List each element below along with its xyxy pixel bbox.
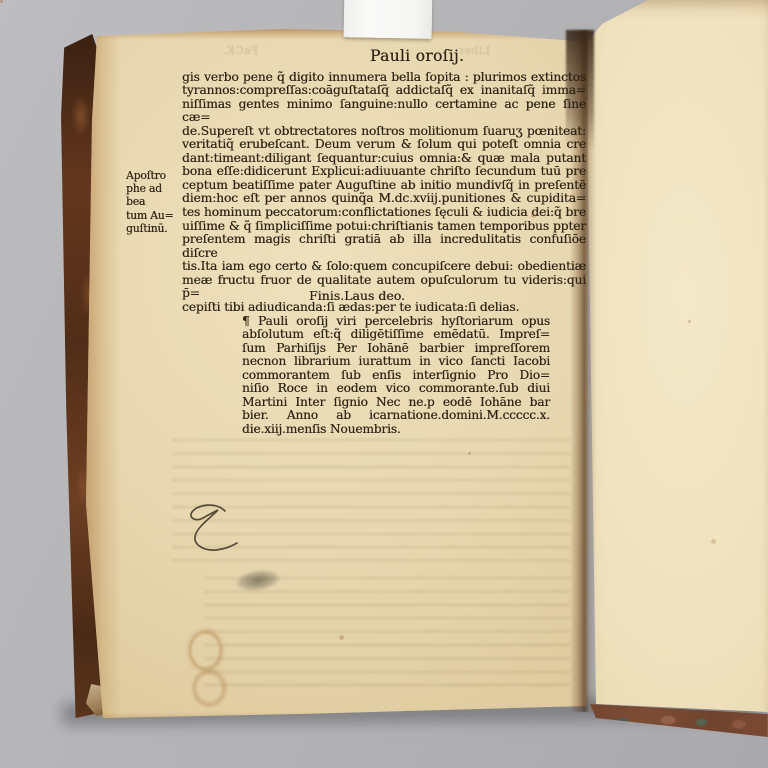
margin-note-line: tum Au=: [126, 209, 180, 222]
colophon-line: necnon librarium iurattum in vico ſancti…: [242, 355, 550, 368]
ink-squiggle: [168, 500, 252, 560]
body-text-line: diem:hoc eſt per annos quinq̃a M.dc.xvii…: [182, 192, 586, 206]
body-text-line: tes hominum peccatorum:conflictationes ſ…: [182, 206, 586, 220]
body-text-line: tis.Ita iam ego certo & ſolo:quem concup…: [182, 260, 586, 274]
body-text-line: ceptum beatiſſime pater Auguſtine ab ini…: [182, 179, 586, 193]
body-text-line: dant:timeant:diligant ſequantur:cuius om…: [182, 152, 586, 166]
margin-note-line: guſtinū.: [126, 222, 180, 235]
body-text-line: gis verbo pene q̃ digito innumera bella …: [182, 71, 586, 85]
body-text-line: bona eſſe:didicerunt Explicui:adiuuante …: [182, 165, 586, 179]
colophon-line: Martini Inter ſignio Nec ne.p eodē Iohān…: [242, 396, 550, 409]
margin-note-line: Apoſtro: [126, 169, 180, 182]
colophon-text: ¶ Pauli oroſij viri percelebris hyſtoria…: [242, 315, 550, 436]
foxing-spots: [0, 0, 3, 3]
margin-note: Apoſtrophe ad beatum Au=guſtinū.: [126, 169, 180, 235]
colophon-line: die.xiij.menſis Nouembris.: [242, 423, 550, 436]
body-text-line: tyrannos:compreſſas:coāguſtataſq̃ addict…: [182, 84, 586, 98]
body-text-line: uiſſime & q̃ ſimpliciſſime potui:chriſti…: [182, 220, 586, 234]
margin-note-line: phe ad bea: [126, 182, 180, 208]
book-photo: FaCK. Liber Pauli oroſij. gis verbo pene…: [0, 0, 768, 768]
colophon-line: bier. Anno ab icarnatione.domini.M.ccccc…: [242, 409, 550, 422]
colophon-line: niſio Roce in eodem vico commorante.ſub …: [242, 382, 550, 395]
page-heading: Pauli oroſij.: [370, 47, 464, 65]
showthrough-word-left: FaCK.: [222, 44, 258, 57]
body-text-line: niſſimas gentes minimo ſanguine:nullo ce…: [182, 98, 586, 125]
colophon-line: ¶ Pauli oroſij viri percelebris hyſtoria…: [242, 315, 550, 328]
body-text-line: de.Supereſt vt obtrectatores noſtros mol…: [182, 125, 586, 139]
colophon-line: ſum Parhiſijs Per Iohānē barbier impreſſ…: [242, 342, 550, 355]
body-text-line: preſentem magis chriſti gratiā ab illa i…: [182, 233, 586, 260]
bookmark-strip: [344, 0, 433, 39]
water-stain: [176, 626, 240, 720]
body-text: gis verbo pene q̃ digito innumera bella …: [182, 71, 586, 315]
page-edge-shading-top: [80, 24, 594, 40]
body-text-line: veritatiq̃ erubeſcant. Deum verum & ſolu…: [182, 138, 586, 152]
finis-line: Finis.Laus deo.: [309, 288, 405, 303]
colophon-line: abſolutum eſt:q̃ diligētiſſime emēdatū. …: [242, 328, 550, 341]
colophon-line: commorantem ſub enſis interſignio Pro Di…: [242, 369, 550, 382]
